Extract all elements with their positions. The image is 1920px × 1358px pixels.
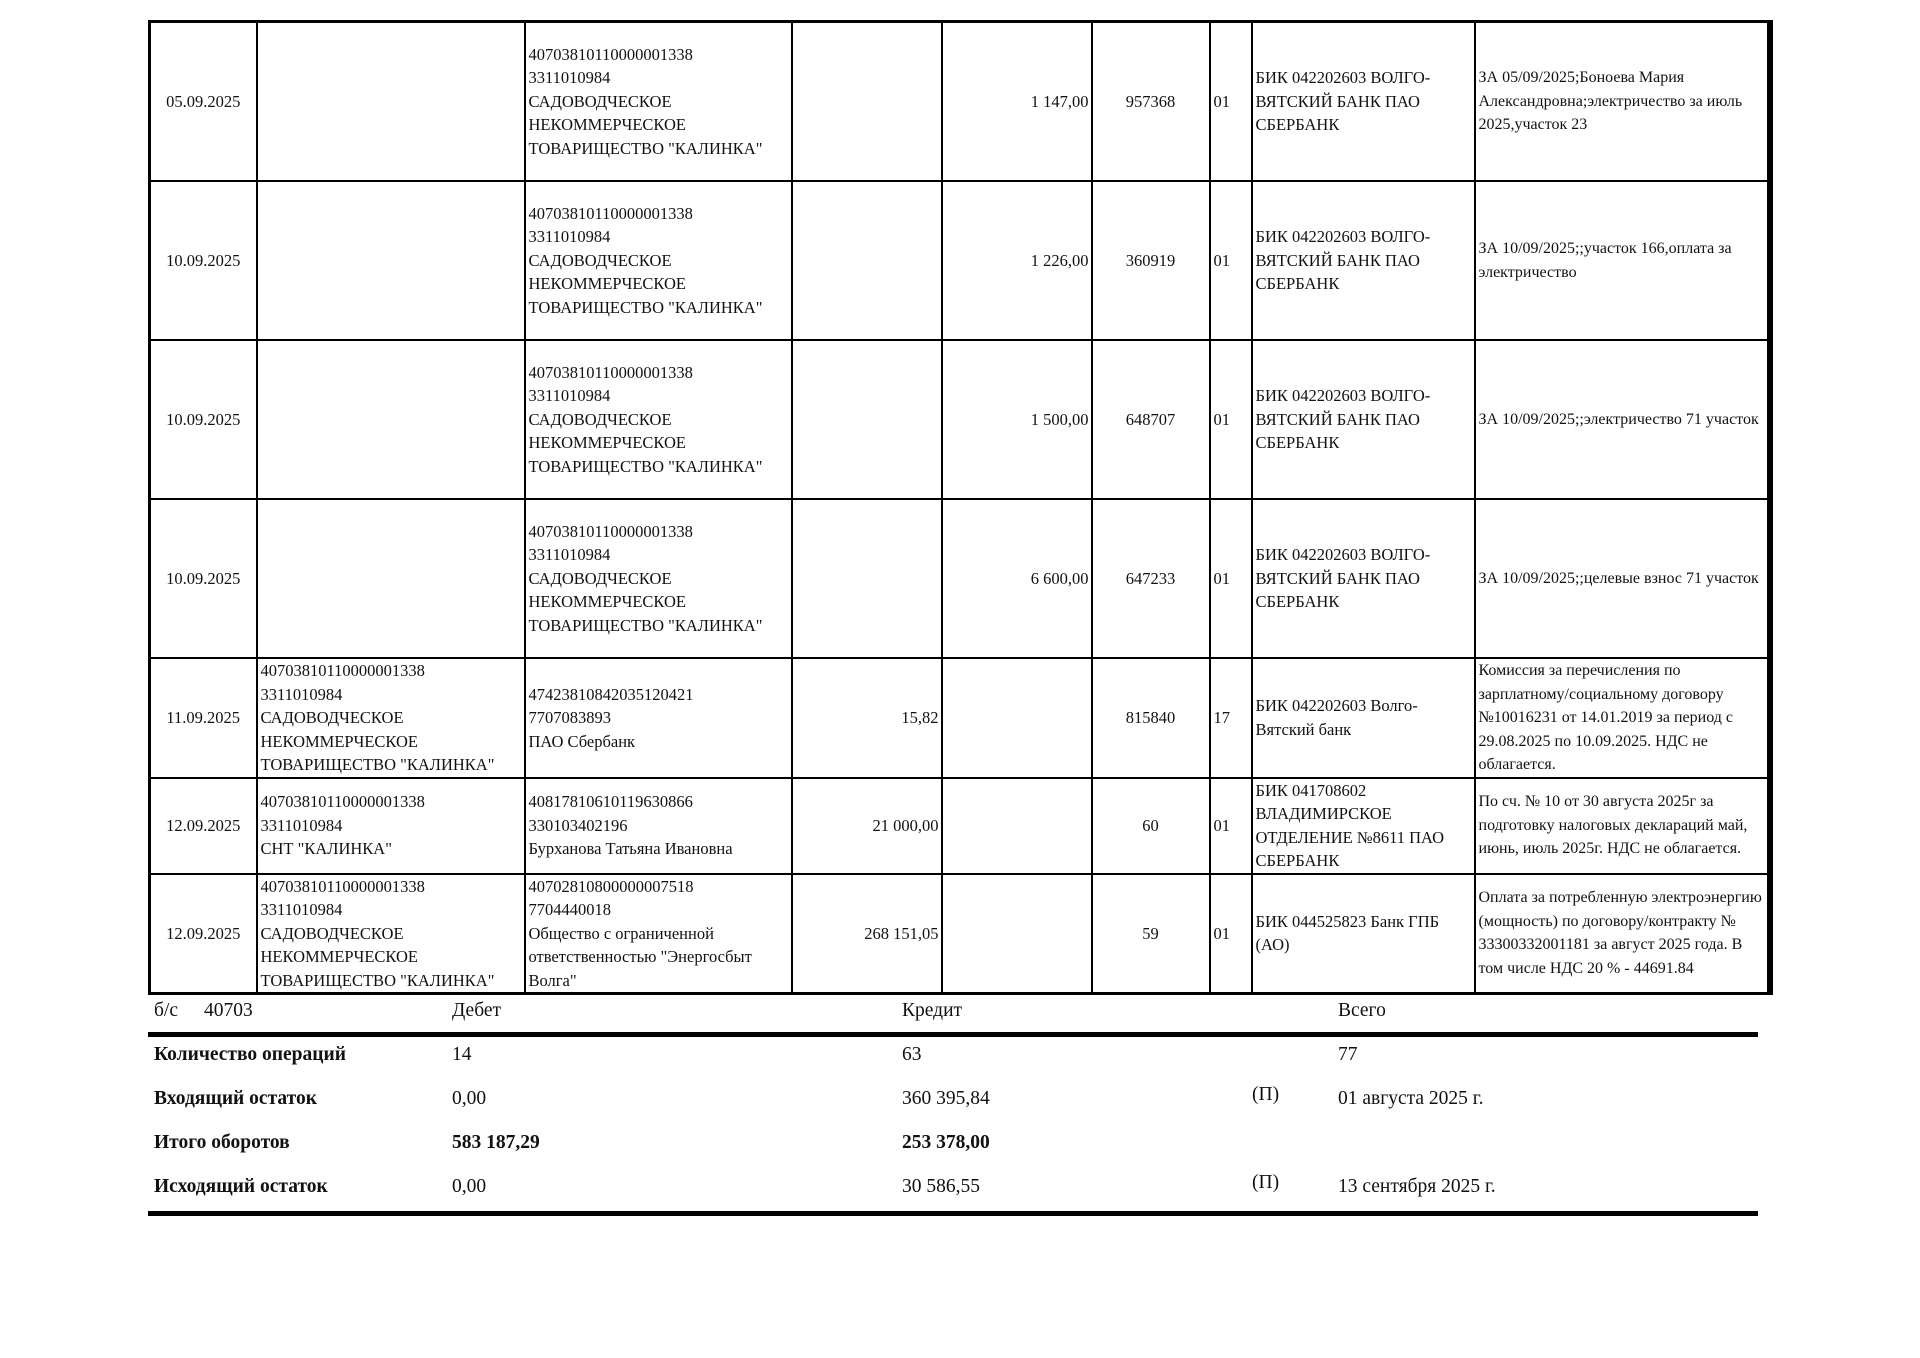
payer-cell [257,181,525,340]
payee-cell: 40703810110000001338 3311010984 САДОВОДЧ… [525,340,792,499]
account-label: б/с [154,999,178,1023]
purpose-cell: Комиссия за перечисления по зарплатному/… [1475,658,1770,778]
payer-cell [257,499,525,658]
credit-header: Кредит [902,999,962,1023]
bank-cell: БИК 042202603 ВОЛГО-ВЯТСКИЙ БАНК ПАО СБЕ… [1252,22,1475,182]
date-cell: 10.09.2025 [150,340,257,499]
purpose-cell: ЗА 10/09/2025;;целевые взнос 71 участок [1475,499,1770,658]
summary-row: Итого оборотов 583 187,29 253 378,00 [148,1125,1758,1169]
summary-row: Входящий остаток 0,00 360 395,84 (П) 01 … [148,1081,1758,1125]
summary-debit: 0,00 [452,1175,486,1199]
statement-table: 05.09.2025 40703810110000001338 33110109… [148,20,1773,995]
table-row: 10.09.2025 40703810110000001338 33110109… [150,340,1770,499]
operation-type-cell: 01 [1210,181,1252,340]
credit-cell [942,778,1092,874]
balance-type-mark: (П) [1252,1171,1279,1195]
summary-label: Исходящий остаток [154,1175,328,1199]
summary-credit: 30 586,55 [902,1175,980,1199]
table-row: 12.09.2025 40703810110000001338 33110109… [150,874,1770,994]
credit-cell: 1 226,00 [942,181,1092,340]
purpose-cell: ЗА 10/09/2025;;электричество 71 участок [1475,340,1770,499]
table-row: 10.09.2025 40703810110000001338 33110109… [150,181,1770,340]
summary-label: Итого оборотов [154,1131,290,1155]
operation-type-cell: 01 [1210,874,1252,994]
payee-cell: 40817810610119630866 330103402196 Бурхан… [525,778,792,874]
debit-cell: 268 151,05 [792,874,942,994]
payee-cell: 40703810110000001338 3311010984 САДОВОДЧ… [525,22,792,182]
debit-cell: 21 000,00 [792,778,942,874]
operation-type-cell: 01 [1210,22,1252,182]
debit-cell [792,340,942,499]
payer-cell: 40703810110000001338 3311010984 САДОВОДЧ… [257,658,525,778]
summary-credit: 253 378,00 [902,1131,990,1155]
payer-cell [257,22,525,182]
bank-cell: БИК 042202603 Волго-Вятский банк [1252,658,1475,778]
summary-label: Входящий остаток [154,1087,317,1111]
summary-credit: 360 395,84 [902,1087,990,1111]
date-cell: 11.09.2025 [150,658,257,778]
table-row: 10.09.2025 40703810110000001338 33110109… [150,499,1770,658]
operation-type-cell: 17 [1210,658,1252,778]
payee-cell: 40703810110000001338 3311010984 САДОВОДЧ… [525,181,792,340]
doc-number-cell: 60 [1092,778,1210,874]
date-cell: 05.09.2025 [150,22,257,182]
debit-cell: 15,82 [792,658,942,778]
bank-cell: БИК 042202603 ВОЛГО-ВЯТСКИЙ БАНК ПАО СБЕ… [1252,499,1475,658]
operation-type-cell: 01 [1210,778,1252,874]
payee-cell: 40702810800000007518 7704440018 Общество… [525,874,792,994]
credit-cell [942,658,1092,778]
summary-row: Количество операций 14 63 77 [148,1037,1758,1081]
summary-debit: 0,00 [452,1087,486,1111]
date-cell: 10.09.2025 [150,499,257,658]
date-cell: 12.09.2025 [150,778,257,874]
credit-cell [942,874,1092,994]
summary-label: Количество операций [154,1043,346,1067]
credit-cell: 1 147,00 [942,22,1092,182]
doc-number-cell: 59 [1092,874,1210,994]
operation-type-cell: 01 [1210,499,1252,658]
balance-type-mark: (П) [1252,1083,1279,1107]
purpose-cell: ЗА 05/09/2025;Боноева Мария Александровн… [1475,22,1770,182]
date-cell: 12.09.2025 [150,874,257,994]
credit-cell: 6 600,00 [942,499,1092,658]
purpose-cell: ЗА 10/09/2025;;участок 166,оплата за эле… [1475,181,1770,340]
operation-type-cell: 01 [1210,340,1252,499]
credit-cell: 1 500,00 [942,340,1092,499]
bank-cell: БИК 041708602 ВЛАДИМИРСКОЕ ОТДЕЛЕНИЕ №86… [1252,778,1475,874]
summary-block: б/с 40703 Дебет Кредит Всего Количество … [148,995,1758,1216]
table-row: 12.09.2025 40703810110000001338 33110109… [150,778,1770,874]
date-cell: 10.09.2025 [150,181,257,340]
payer-cell: 40703810110000001338 3311010984 САДОВОДЧ… [257,874,525,994]
debit-cell [792,499,942,658]
debit-cell [792,22,942,182]
doc-number-cell: 648707 [1092,340,1210,499]
summary-credit: 63 [902,1043,922,1067]
bank-cell: БИК 044525823 Банк ГПБ (АО) [1252,874,1475,994]
bank-cell: БИК 042202603 ВОЛГО-ВЯТСКИЙ БАНК ПАО СБЕ… [1252,340,1475,499]
debit-header: Дебет [452,999,501,1023]
doc-number-cell: 815840 [1092,658,1210,778]
summary-total: 77 [1338,1043,1358,1067]
summary-total: 13 сентября 2025 г. [1338,1175,1496,1199]
debit-cell [792,181,942,340]
purpose-cell: По сч. № 10 от 30 августа 2025г за подго… [1475,778,1770,874]
summary-total: 01 августа 2025 г. [1338,1087,1483,1111]
payee-cell: 40703810110000001338 3311010984 САДОВОДЧ… [525,499,792,658]
account-number: 40703 [204,999,253,1023]
total-header: Всего [1338,999,1386,1023]
summary-debit: 583 187,29 [452,1131,540,1155]
doc-number-cell: 647233 [1092,499,1210,658]
bank-cell: БИК 042202603 ВОЛГО-ВЯТСКИЙ БАНК ПАО СБЕ… [1252,181,1475,340]
summary-row: Исходящий остаток 0,00 30 586,55 (П) 13 … [148,1169,1758,1216]
payee-cell: 47423810842035120421 7707083893 ПАО Сбер… [525,658,792,778]
payer-cell: 40703810110000001338 3311010984 СНТ "КАЛ… [257,778,525,874]
table-row: 05.09.2025 40703810110000001338 33110109… [150,22,1770,182]
doc-number-cell: 360919 [1092,181,1210,340]
doc-number-cell: 957368 [1092,22,1210,182]
payer-cell [257,340,525,499]
table-row: 11.09.2025 40703810110000001338 33110109… [150,658,1770,778]
summary-header: б/с 40703 Дебет Кредит Всего [148,995,1758,1037]
purpose-cell: Оплата за потребленную электроэнергию (м… [1475,874,1770,994]
summary-debit: 14 [452,1043,472,1067]
